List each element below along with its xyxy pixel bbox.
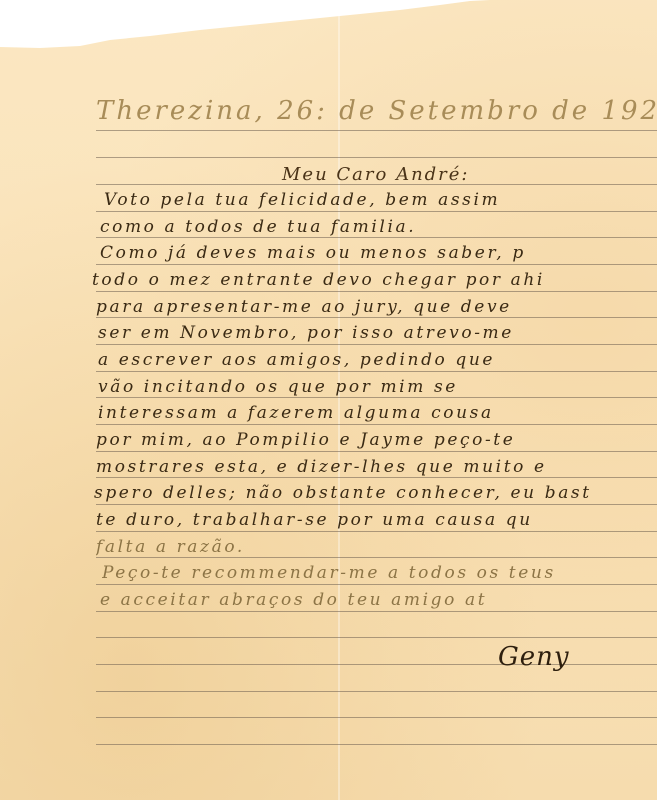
ruled-line xyxy=(96,744,657,745)
ruled-line xyxy=(96,557,657,558)
ruled-line xyxy=(96,637,657,638)
letter-line: interessam a fazerem alguma cousa xyxy=(98,403,657,423)
letter-line: Como já deves mais ou menos saber, p xyxy=(100,243,657,263)
ruled-line xyxy=(96,157,657,158)
ruled-line xyxy=(96,504,657,505)
ruled-line xyxy=(96,477,657,478)
ruled-line xyxy=(96,531,657,532)
letter-place-date: Therezina, 26: de Setembro de 1928 xyxy=(96,96,657,126)
ruled-line xyxy=(96,130,657,131)
ruled-line xyxy=(96,317,657,318)
letter-signature: Geny xyxy=(498,642,570,672)
letter-line: e acceitar abraços do teu amigo at xyxy=(100,590,657,610)
ruled-line xyxy=(96,451,657,452)
letter-line: Peço-te recommendar-me a todos os teus xyxy=(102,563,657,583)
ruled-line xyxy=(96,717,657,718)
ruled-line xyxy=(96,424,657,425)
letter-line: todo o mez entrante devo chegar por ahi xyxy=(92,270,657,290)
letter-line: falta a razão. xyxy=(96,537,657,557)
letter-line: vão incitando os que por mim se xyxy=(98,377,657,397)
ruled-line xyxy=(96,611,657,612)
ruled-line xyxy=(96,291,657,292)
letter-line: mostrares esta, e dizer-lhes que muito e xyxy=(96,457,657,477)
letter-line: para apresentar-me ao jury, que deve xyxy=(96,297,657,317)
ruled-line xyxy=(96,264,657,265)
letter-paper: Therezina, 26: de Setembro de 1928 Meu C… xyxy=(0,0,657,800)
ruled-line xyxy=(96,664,657,665)
letter-line: te duro, trabalhar-se por uma causa qu xyxy=(96,510,657,530)
letter-line: ser em Novembro, por isso atrevo-me xyxy=(98,323,657,343)
ruled-line xyxy=(96,371,657,372)
ruled-line xyxy=(96,237,657,238)
ruled-line xyxy=(96,344,657,345)
letter-line: a escrever aos amigos, pedindo que xyxy=(98,350,657,370)
ruled-line xyxy=(96,211,657,212)
letter-line: spero delles; não obstante conhecer, eu … xyxy=(94,483,657,503)
ruled-line xyxy=(96,397,657,398)
letter-salutation: Meu Caro André: xyxy=(282,164,470,185)
ruled-line xyxy=(96,584,657,585)
letter-line: por mim, ao Pompilio e Jayme peço-te xyxy=(96,430,657,450)
letter-line: como a todos de tua familia. xyxy=(100,217,657,237)
ruled-line xyxy=(96,691,657,692)
letter-line: Voto pela tua felicidade, bem assim xyxy=(104,190,657,210)
